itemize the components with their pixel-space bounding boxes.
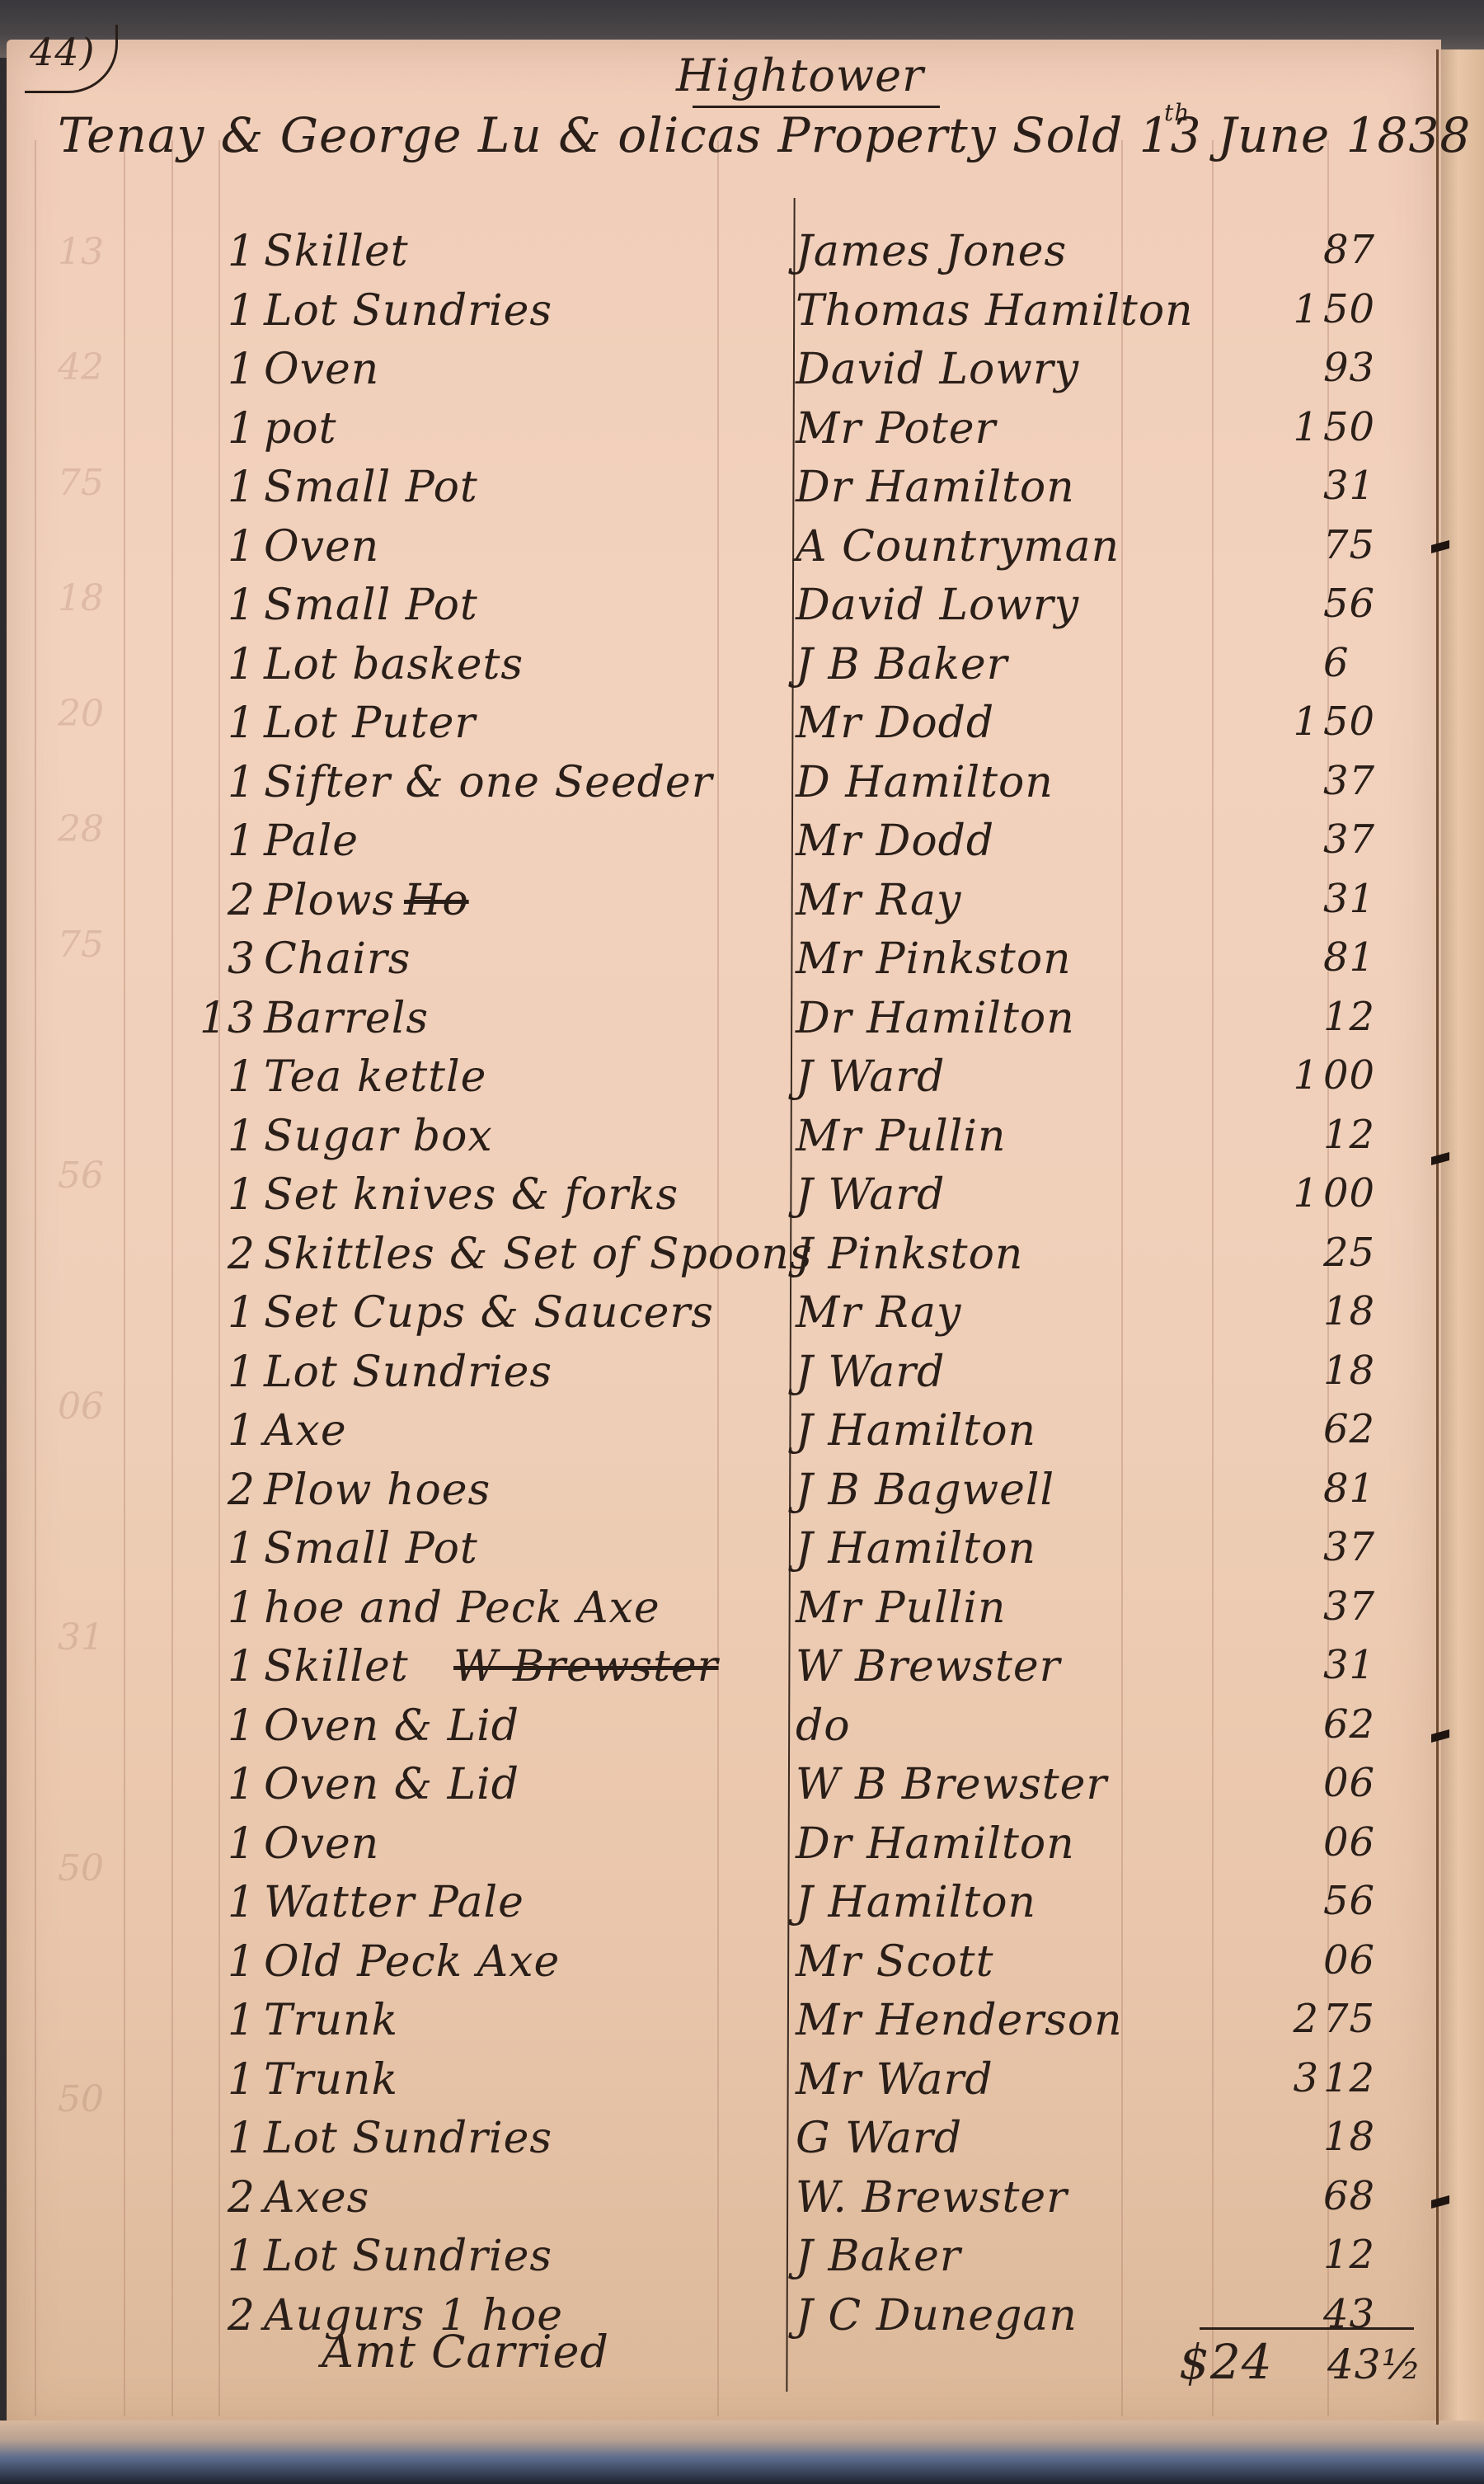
item-description: Barrels (264, 994, 429, 1043)
price-cents: 37 (1323, 816, 1389, 863)
price-cents: 18 (1323, 1348, 1389, 1394)
price-cents: 62 (1323, 1406, 1389, 1452)
ledger-row: 1TrunkMr Ward312 (0, 2055, 1435, 2113)
item-description: Lot baskets (264, 640, 524, 689)
item-quantity: 1 (198, 1348, 256, 1397)
buyer-name: Dr Hamilton (796, 463, 1075, 512)
price-cents: 06 (1323, 1819, 1389, 1865)
item-description: Old Peck Axe (264, 1937, 560, 1987)
struck-text: W Brewster (453, 1642, 719, 1691)
ledger-row: 1Lot basketsJ B Baker6 (0, 640, 1435, 698)
item-description: Trunk (264, 1996, 398, 2045)
item-quantity: 2 (198, 1230, 256, 1279)
item-description: Sifter & one Seeder (264, 758, 713, 807)
item-quantity: 1 (198, 1937, 256, 1987)
item-description: Small Pot (264, 581, 478, 630)
price-cents: 50 (1323, 286, 1389, 332)
ledger-row: 1potMr Poter150 (0, 404, 1435, 462)
price-cents: 12 (1323, 1112, 1389, 1158)
buyer-name: A Countryman (796, 522, 1120, 572)
price-cents: 56 (1323, 1878, 1389, 1924)
item-quantity: 2 (198, 876, 256, 925)
price-cents: 00 (1323, 1052, 1389, 1099)
buyer-name: Mr Dodd (796, 816, 994, 866)
ledger-row: 1OvenDr Hamilton06 (0, 1819, 1435, 1877)
buyer-name: Dr Hamilton (796, 1819, 1075, 1869)
buyer-name: J Hamilton (796, 1524, 1036, 1574)
price-cents: 81 (1323, 1465, 1389, 1512)
page-heading: Hightower (676, 49, 924, 101)
page-number: 44) (30, 30, 95, 74)
ledger-row: 1Tea kettleJ Ward100 (0, 1052, 1435, 1110)
price-cents: 50 (1323, 404, 1389, 450)
buyer-name: Mr Ray (796, 1288, 961, 1338)
ledger-row: 1OvenA Countryman75 (0, 522, 1435, 580)
ledger-row: 1AxeJ Hamilton62 (0, 1406, 1435, 1464)
item-quantity: 1 (198, 699, 256, 748)
item-quantity: 1 (198, 404, 256, 454)
buyer-name: J Hamilton (796, 1878, 1036, 1927)
item-description: Skittles & Set of Spoons (264, 1230, 813, 1279)
item-quantity: 1 (198, 1996, 256, 2045)
buyer-name: J Ward (796, 1170, 945, 1220)
price-cents: 43 (1323, 2291, 1389, 2337)
price-cents: 12 (1323, 994, 1389, 1040)
item-quantity: 1 (198, 345, 256, 394)
price-cents: 81 (1323, 934, 1389, 981)
price-cents: 93 (1323, 345, 1389, 391)
ledger-row: 1hoe and Peck AxeMr Pullin37 (0, 1583, 1435, 1641)
item-description: Watter Pale (264, 1878, 524, 1927)
price-cents: 31 (1323, 1642, 1389, 1688)
price-dollars: 1 (1270, 404, 1319, 450)
item-quantity: 1 (198, 1760, 256, 1809)
price-cents: 56 (1323, 581, 1389, 627)
page-edge (1441, 49, 1484, 2433)
item-quantity: 1 (198, 1878, 256, 1927)
item-description: Lot Puter (264, 699, 476, 748)
ledger-row: 1Sugar boxMr Pullin12 (0, 1112, 1435, 1169)
ledger-row: 3ChairsMr Pinkston81 (0, 934, 1435, 992)
ledger-row: 2PlowsMr Ray31Ho (0, 876, 1435, 934)
buyer-name: Mr Scott (796, 1937, 993, 1987)
buyer-name: do (796, 1701, 851, 1751)
item-quantity: 1 (198, 816, 256, 866)
price-cents: 68 (1323, 2173, 1389, 2219)
ledger-row: 1Lot PuterMr Dodd150 (0, 699, 1435, 756)
buyer-name: G Ward (796, 2114, 962, 2163)
item-description: Pale (264, 816, 359, 866)
buyer-name: J Hamilton (796, 1406, 1036, 1456)
item-description: Axe (264, 1406, 347, 1456)
item-quantity: 1 (198, 286, 256, 336)
item-quantity: 1 (198, 2055, 256, 2105)
item-description: Skillet (264, 227, 409, 276)
buyer-name: Mr Ward (796, 2055, 993, 2105)
price-cents: 06 (1323, 1937, 1389, 1983)
buyer-name: J B Baker (796, 640, 1007, 689)
page-bottom-edge (0, 2420, 1484, 2484)
price-cents: 75 (1323, 1996, 1389, 2042)
price-cents: 6 (1323, 640, 1389, 686)
buyer-name: J Pinkston (796, 1230, 1023, 1279)
ledger-row: 2Skittles & Set of SpoonsJ Pinkston25 (0, 1230, 1435, 1287)
total-rule (1200, 2327, 1414, 2330)
item-quantity: 3 (198, 934, 256, 984)
item-description: Oven (264, 522, 379, 572)
item-quantity: 1 (198, 581, 256, 630)
item-description: Sugar box (264, 1112, 493, 1161)
item-quantity: 1 (198, 1288, 256, 1338)
right-margin-line (1436, 49, 1439, 2425)
buyer-name: D Hamilton (796, 758, 1054, 807)
price-cents: 31 (1323, 876, 1389, 922)
item-description: hoe and Peck Axe (264, 1583, 660, 1633)
item-description: Trunk (264, 2055, 398, 2105)
buyer-name: Mr Dodd (796, 699, 994, 748)
item-quantity: 1 (198, 1524, 256, 1574)
item-quantity: 1 (198, 1583, 256, 1633)
item-quantity: 1 (198, 1642, 256, 1691)
price-dollars: 2 (1270, 1996, 1319, 2042)
price-dollars: 1 (1270, 1170, 1319, 1216)
buyer-name: J Ward (796, 1348, 945, 1397)
item-quantity: 1 (198, 463, 256, 512)
buyer-name: Dr Hamilton (796, 994, 1075, 1043)
item-description: Skillet (264, 1642, 409, 1691)
ledger-row: 1Old Peck AxeMr Scott06 (0, 1937, 1435, 1995)
item-description: Lot Sundries (264, 1348, 552, 1397)
buyer-name: J Baker (796, 2232, 961, 2281)
item-quantity: 1 (198, 227, 256, 276)
ledger-row: 1Set knives & forksJ Ward100 (0, 1170, 1435, 1228)
ledger-row: 2Plow hoesJ B Bagwell81 (0, 1465, 1435, 1523)
ledger-row: 1Small PotJ Hamilton37 (0, 1524, 1435, 1582)
ledger-row: 13BarrelsDr Hamilton12 (0, 994, 1435, 1051)
price-cents: 12 (1323, 2055, 1389, 2101)
item-description: Plows (264, 876, 395, 925)
price-cents: 12 (1323, 2232, 1389, 2278)
buyer-name: David Lowry (796, 345, 1079, 394)
item-quantity: 1 (198, 640, 256, 689)
price-cents: 87 (1323, 227, 1389, 273)
price-cents: 37 (1323, 758, 1389, 804)
total-cents: 43½ (1327, 2341, 1422, 2388)
amount-carried-label: Amt Carried (322, 2326, 609, 2378)
item-description: Chairs (264, 934, 411, 984)
item-quantity: 2 (198, 2291, 256, 2341)
buyer-name: J Ward (796, 1052, 945, 1102)
ledger-row: 1Watter PaleJ Hamilton56 (0, 1878, 1435, 1936)
item-description: Plow hoes (264, 1465, 491, 1515)
item-quantity: 2 (198, 2173, 256, 2223)
buyer-name: James Jones (796, 227, 1067, 276)
ledger-row: 1Small PotDr Hamilton31 (0, 463, 1435, 520)
buyer-name: W Brewster (796, 1642, 1061, 1691)
item-description: Lot Sundries (264, 2232, 552, 2281)
item-description: Set knives & forks (264, 1170, 679, 1220)
ledger-row: 1Oven & Liddo62 (0, 1701, 1435, 1759)
buyer-name: David Lowry (796, 581, 1079, 630)
price-cents: 00 (1323, 1170, 1389, 1216)
price-cents: 18 (1323, 2114, 1389, 2160)
buyer-name: Mr Pinkston (796, 934, 1072, 984)
ledger-row: 1TrunkMr Henderson275 (0, 1996, 1435, 2054)
ledger-row: 2AxesW. Brewster68 (0, 2173, 1435, 2231)
item-quantity: 1 (198, 1170, 256, 1220)
item-description: Axes (264, 2173, 369, 2223)
ledger-row: 1Lot SundriesG Ward18 (0, 2114, 1435, 2171)
buyer-name: Mr Henderson (796, 1996, 1123, 2045)
ledger-row: 1Lot SundriesJ Baker12 (0, 2232, 1435, 2289)
struck-text: Ho (404, 876, 469, 925)
total-dollars: $24 (1179, 2334, 1273, 2390)
item-quantity: 1 (198, 1112, 256, 1161)
price-cents: 06 (1323, 1760, 1389, 1806)
item-description: Tea kettle (264, 1052, 486, 1102)
buyer-name: Thomas Hamilton (796, 286, 1194, 336)
item-description: Set Cups & Saucers (264, 1288, 714, 1338)
ledger-row: 1Lot SundriesJ Ward18 (0, 1348, 1435, 1405)
item-quantity: 1 (198, 2232, 256, 2281)
item-quantity: 13 (198, 994, 256, 1043)
buyer-name: Mr Ray (796, 876, 961, 925)
item-quantity: 1 (198, 758, 256, 807)
ledger-row: 1PaleMr Dodd37 (0, 816, 1435, 874)
buyer-name: Mr Pullin (796, 1583, 1007, 1633)
price-cents: 37 (1323, 1583, 1389, 1630)
price-cents: 25 (1323, 1230, 1389, 1276)
price-cents: 62 (1323, 1701, 1389, 1748)
item-description: Small Pot (264, 1524, 478, 1574)
price-dollars: 1 (1270, 699, 1319, 745)
ledger-row: 1Sifter & one SeederD Hamilton37 (0, 758, 1435, 816)
ledger-subtitle: Tenay & George Lu & olicas Property Sold… (58, 107, 1471, 163)
ledger-row: 1Set Cups & SaucersMr Ray18 (0, 1288, 1435, 1346)
item-quantity: 1 (198, 1052, 256, 1102)
item-description: Oven & Lid (264, 1701, 519, 1751)
item-quantity: 1 (198, 522, 256, 572)
buyer-name: J B Bagwell (796, 1465, 1054, 1515)
ledger-row: 1SkilletJames Jones87 (0, 227, 1435, 285)
item-quantity: 1 (198, 1701, 256, 1751)
item-quantity: 1 (198, 1406, 256, 1456)
date-superscript: th (1164, 99, 1190, 126)
item-quantity: 1 (198, 1819, 256, 1869)
price-cents: 37 (1323, 1524, 1389, 1570)
item-quantity: 2 (198, 1465, 256, 1515)
item-quantity: 1 (198, 2114, 256, 2163)
item-description: Lot Sundries (264, 286, 552, 336)
buyer-name: J C Dunegan (796, 2291, 1078, 2341)
buyer-name: W B Brewster (796, 1760, 1107, 1809)
buyer-name: Mr Pullin (796, 1112, 1007, 1161)
price-dollars: 1 (1270, 1052, 1319, 1099)
price-dollars: 3 (1270, 2055, 1319, 2101)
ledger-row: 1SkilletW Brewster31W Brewster (0, 1642, 1435, 1700)
price-cents: 31 (1323, 463, 1389, 509)
item-description: Small Pot (264, 463, 478, 512)
item-description: pot (264, 404, 337, 454)
buyer-name: Mr Poter (796, 404, 996, 454)
ledger-row: 1Oven & LidW B Brewster06 (0, 1760, 1435, 1818)
price-cents: 75 (1323, 522, 1389, 568)
price-dollars: 1 (1270, 286, 1319, 332)
ledger-row: 1Small PotDavid Lowry56 (0, 581, 1435, 638)
item-description: Oven & Lid (264, 1760, 519, 1809)
price-cents: 18 (1323, 1288, 1389, 1334)
item-description: Lot Sundries (264, 2114, 552, 2163)
item-description: Oven (264, 1819, 379, 1869)
ledger-row: 1Lot SundriesThomas Hamilton150 (0, 286, 1435, 344)
ledger-row: 1OvenDavid Lowry93 (0, 345, 1435, 402)
price-cents: 50 (1323, 699, 1389, 745)
item-description: Oven (264, 345, 379, 394)
buyer-name: W. Brewster (796, 2173, 1068, 2223)
